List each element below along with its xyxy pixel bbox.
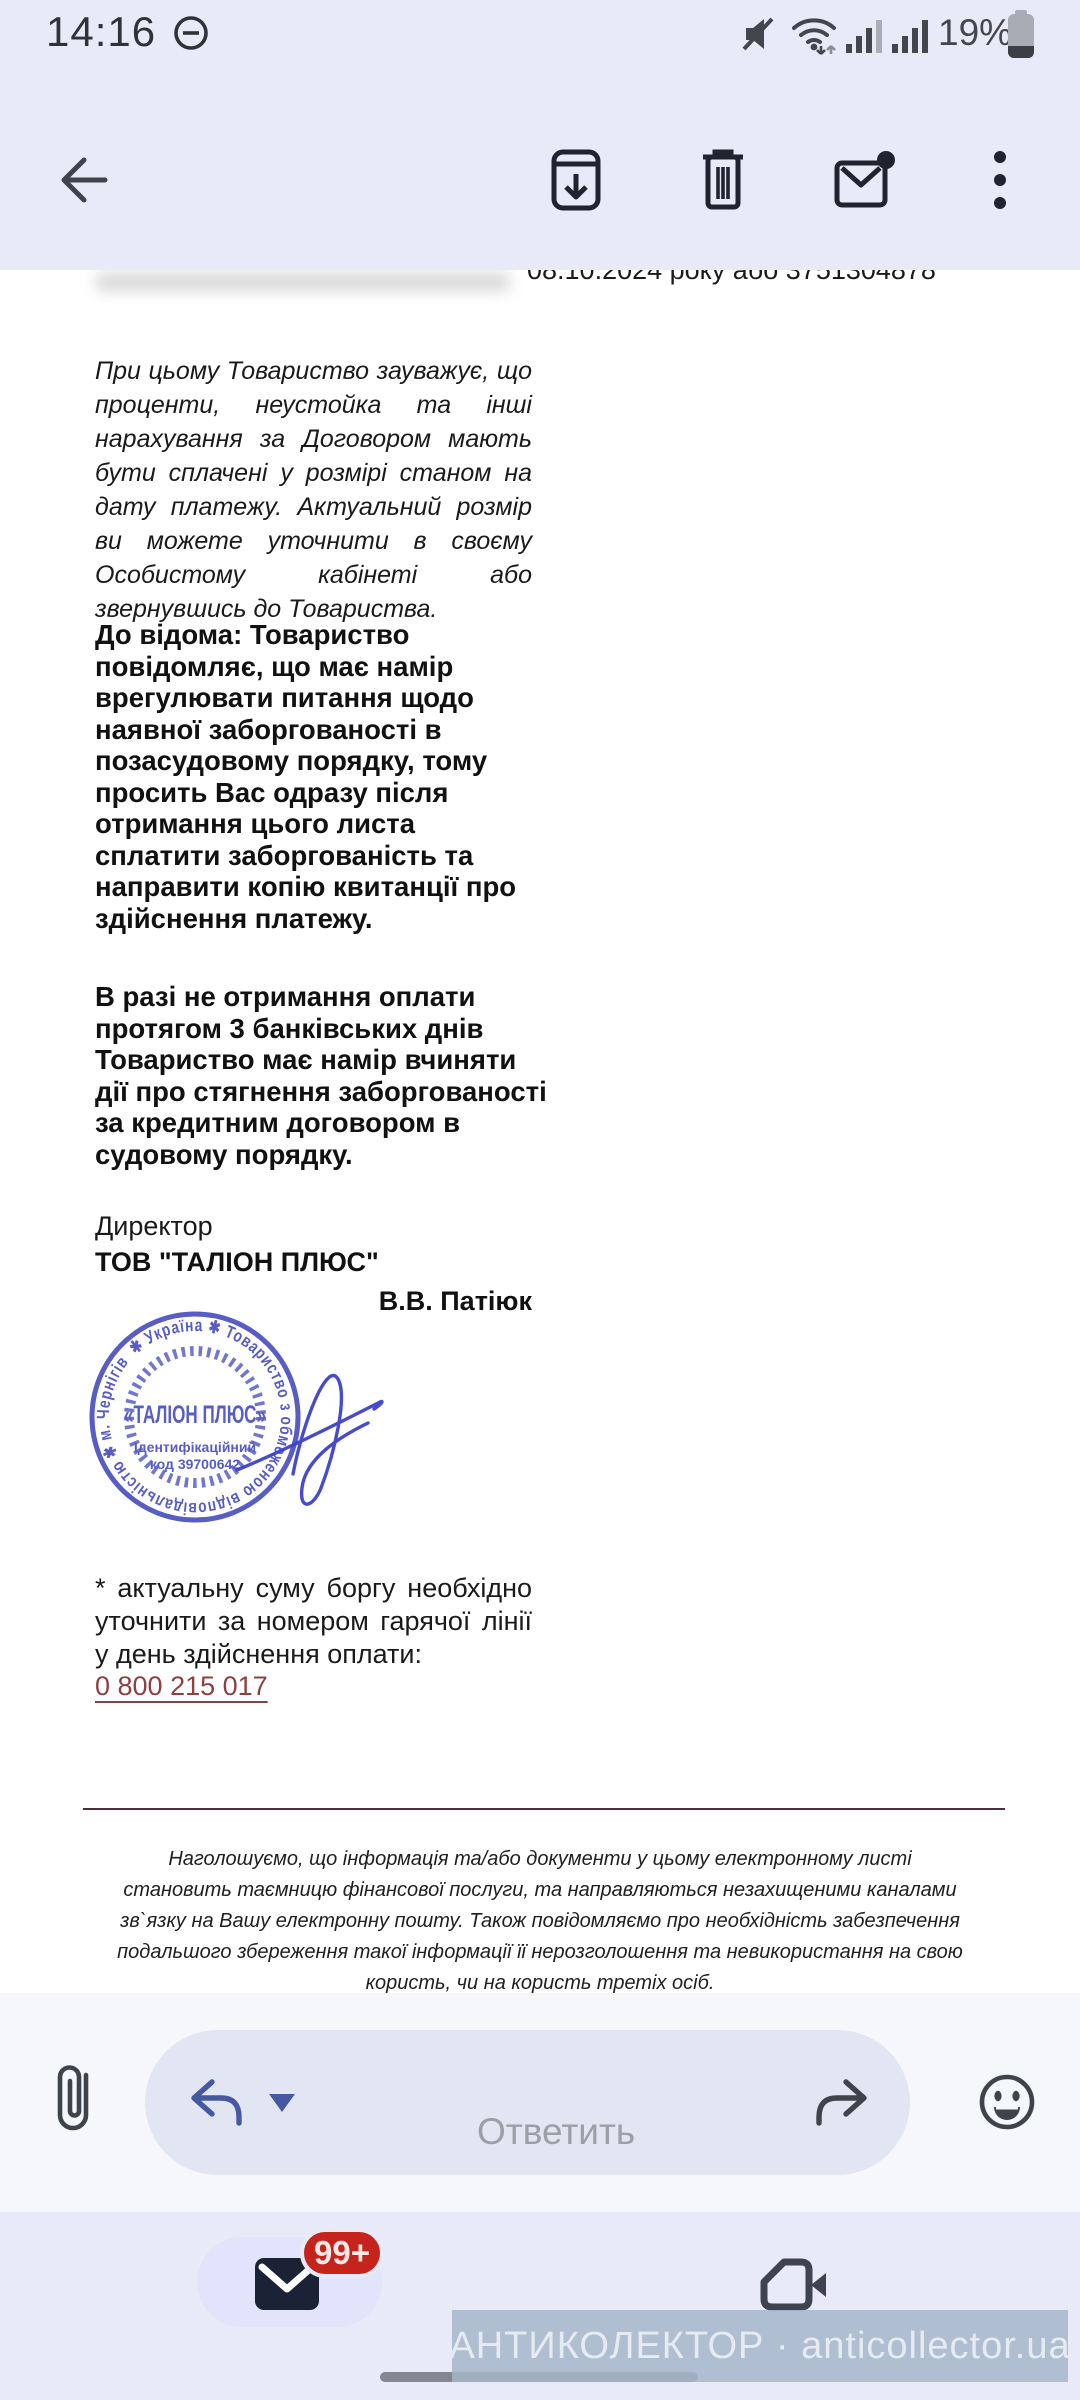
back-button[interactable] (52, 148, 116, 212)
overflow-menu-button[interactable] (982, 148, 1018, 212)
emoji-icon[interactable] (974, 2069, 1040, 2135)
reply-mode-caret-icon[interactable] (265, 2090, 299, 2116)
reply-arrow-icon[interactable] (187, 2076, 245, 2128)
footnote-hotline: * актуальну суму боргу необхідно уточнит… (95, 1572, 532, 1671)
forward-arrow-icon[interactable] (813, 2076, 871, 2128)
paragraph-interest-note: При цьому Товариство зауважує, що процен… (95, 354, 532, 626)
stamp-center-text: «ТАЛІОН ПЛЮС» (124, 1401, 266, 1429)
email-body: 08.10.2024 року або 3751304878 При цьому… (0, 270, 1080, 1993)
clock: 14:16 (46, 8, 156, 56)
status-bar: 14:16 (0, 0, 1080, 66)
redacted-blur (95, 272, 510, 292)
signal-sim2-icon (892, 18, 932, 54)
email-topline: 08.10.2024 року або 3751304878 (527, 270, 936, 286)
paragraph-court-warning: В разі не отримання оплати протягом 3 ба… (95, 981, 547, 1170)
company-stamp: ✱ Україна ✱ Товариство з обмеженою відпо… (85, 1302, 385, 1542)
mark-unread-button[interactable] (832, 148, 898, 212)
stamp-id-line1: Ідентифікаційний (134, 1439, 256, 1455)
video-tab-icon[interactable] (757, 2254, 829, 2316)
paragraph-notice: До відома: Товариство повідомляє, що має… (95, 619, 547, 934)
bottom-nav: 99+ АНТИКОЛЕКТОР · anticollector.ua (0, 2212, 1080, 2400)
delete-button[interactable] (694, 146, 752, 214)
mail-toolbar (0, 66, 1080, 270)
archive-button[interactable] (546, 146, 606, 214)
do-not-disturb-icon (172, 14, 210, 52)
signal-sim1-icon (846, 18, 886, 54)
mute-icon (742, 16, 782, 52)
unread-count-badge: 99+ (300, 2228, 384, 2278)
battery-icon (1006, 10, 1036, 58)
signature-company: ТОВ "ТАЛІОН ПЛЮС" (95, 1247, 379, 1278)
attach-icon[interactable] (46, 2053, 102, 2145)
signature-role: Директор (95, 1211, 213, 1242)
watermark-banner: АНТИКОЛЕКТОР · anticollector.ua (452, 2310, 1068, 2382)
confidentiality-disclaimer: Наголошуємо, що інформація та/або докуме… (112, 1844, 968, 1993)
maroon-divider (83, 1808, 1005, 1810)
reply-field[interactable] (145, 2030, 910, 2175)
phone-screen: 14:16 (0, 0, 1080, 2400)
reply-panel (0, 1993, 1080, 2212)
wifi-icon (790, 14, 842, 58)
watermark-text: АНТИКОЛЕКТОР · anticollector.ua (449, 2325, 1070, 2368)
battery-percent: 19% (938, 12, 1012, 54)
phone-link[interactable]: 0 800 215 017 (95, 1671, 268, 1702)
stamp-id-line2: код 39700642 (150, 1456, 240, 1472)
